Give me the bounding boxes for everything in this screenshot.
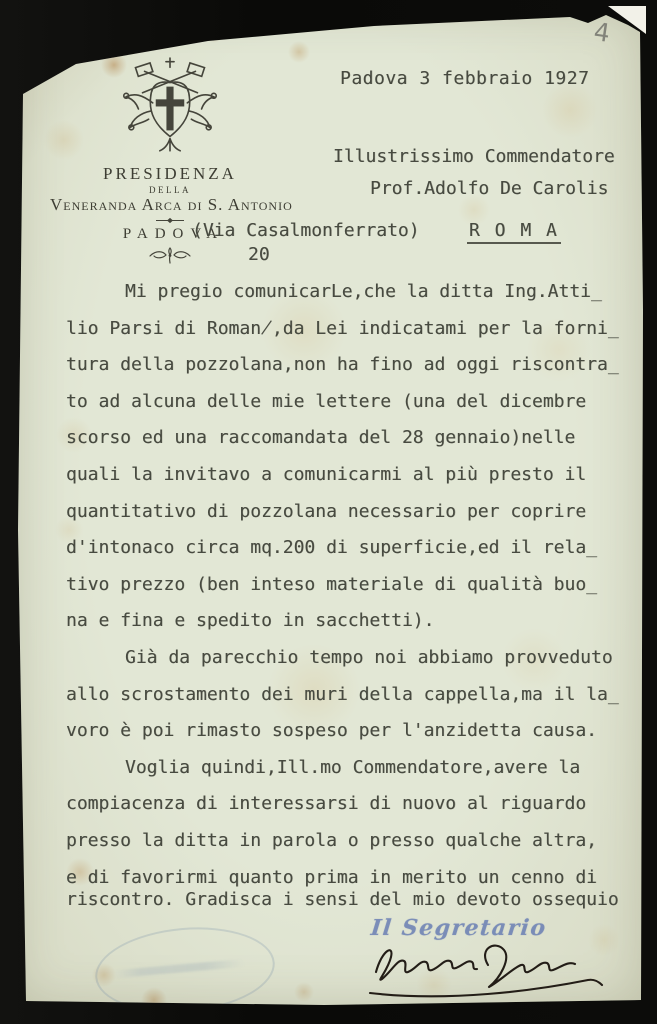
body-line: Voglia quindi,Ill.mo Commendatore,avere … bbox=[66, 757, 632, 794]
body-line: allo scrostamento dei muri della cappell… bbox=[66, 684, 632, 721]
letterhead-institution: Veneranda Arca di S. Antonio bbox=[50, 195, 290, 215]
letterhead-title: PRESIDENZA bbox=[50, 164, 290, 184]
scan-background: 4 bbox=[0, 0, 657, 1024]
body-line: tivo prezzo (ben inteso materiale di qua… bbox=[66, 574, 632, 611]
body-line: Già da parecchio tempo noi abbiamo provv… bbox=[66, 647, 632, 684]
body-line: tura della pozzolana,non ha fino ad oggi… bbox=[66, 354, 632, 391]
recipient-name: Prof.Adolfo De Carolis bbox=[370, 178, 608, 199]
body-line: na e fina e spedito in sacchetti). bbox=[66, 610, 632, 647]
dateline: Padova 3 febbraio 1927 bbox=[340, 68, 589, 89]
recipient-city: R O M A bbox=[467, 220, 561, 244]
body-line: voro è poi rimasto sospeso per l'anzidet… bbox=[66, 720, 632, 757]
body-line: quali la invitavo a comunicarmi al più p… bbox=[66, 464, 632, 501]
arca-sant-antonio-crest-icon bbox=[114, 56, 226, 160]
recipient-street: (Via Casalmonferrato) bbox=[192, 220, 420, 241]
recipient-street-number: 20 bbox=[248, 244, 270, 265]
body-line: scorso ed una raccomandata del 28 gennai… bbox=[66, 427, 632, 464]
body-line: to ad alcuna delle mie lettere (una del … bbox=[66, 391, 632, 428]
letterhead-subtitle: DELLA bbox=[50, 185, 290, 195]
page-number-annotation: 4 bbox=[592, 17, 612, 48]
letter-sheet: 4 bbox=[14, 10, 643, 1005]
body-line: presso la ditta in parola o presso qualc… bbox=[66, 830, 632, 867]
body-line: lio Parsi di Roman̸,da Lei indicatami pe… bbox=[66, 318, 632, 355]
body-line: compiacenza di interessarsi di nuovo al … bbox=[66, 793, 632, 830]
body-line: quantitativo di pozzolana necessario per… bbox=[66, 501, 632, 538]
letterhead-flourish-icon bbox=[147, 247, 193, 265]
body-line: Mi pregio comunicarLe,che la ditta Ing.A… bbox=[66, 281, 632, 318]
letterhead-divider-icon bbox=[156, 217, 184, 224]
secretary-signature bbox=[348, 934, 618, 1006]
letter-body: Mi pregio comunicarLe,che la ditta Ing.A… bbox=[66, 281, 632, 925]
recipient-honorific: Illustrissimo Commendatore bbox=[333, 146, 615, 167]
faint-oval-ink-stamp bbox=[92, 920, 279, 1019]
body-line: d'intonaco circa mq.200 di superficie,ed… bbox=[66, 537, 632, 574]
